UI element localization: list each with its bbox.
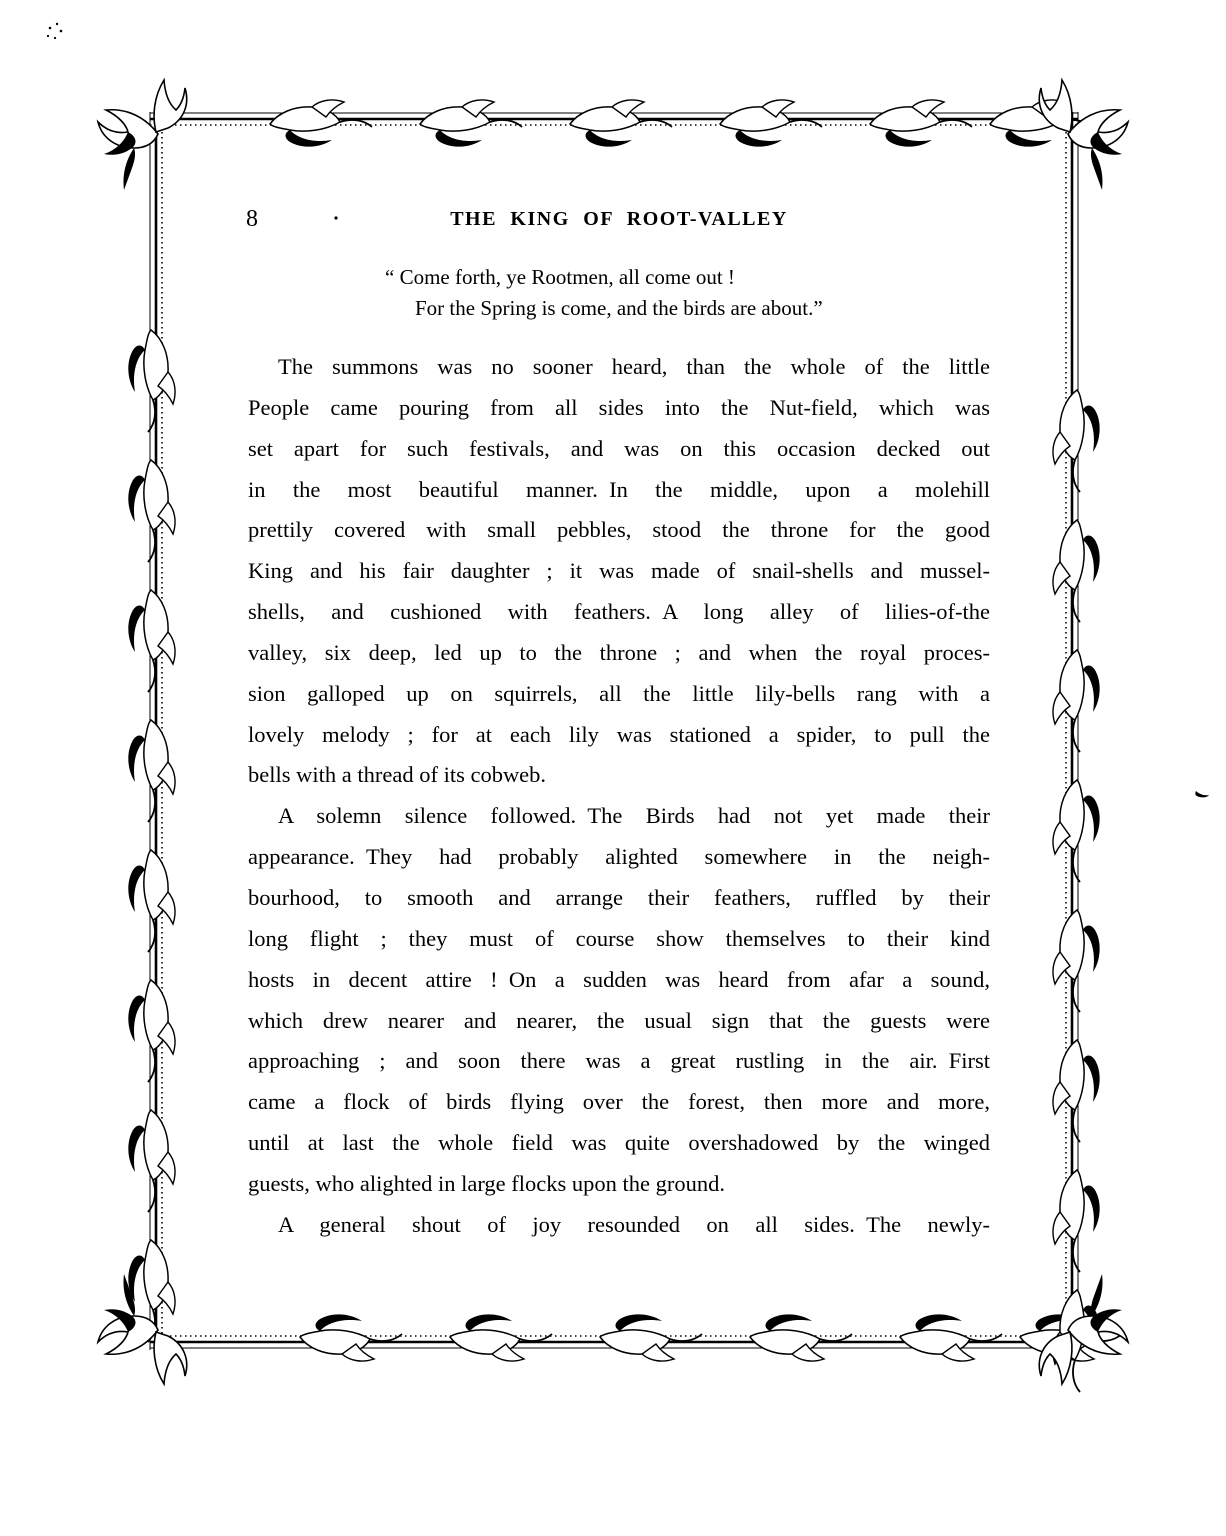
text-line: valley, six deep, led up to the throne ;… bbox=[248, 633, 990, 674]
text-line: guests, who alighted in large flocks upo… bbox=[248, 1164, 990, 1205]
verse-line: “ Come forth, ye Rootmen, all come out ! bbox=[385, 262, 823, 293]
text-line: prettily covered with small pebbles, sto… bbox=[248, 510, 990, 551]
text-line: in the most beautiful manner. In the mid… bbox=[248, 470, 990, 511]
text-line: A general shout of joy resounded on all … bbox=[248, 1205, 990, 1246]
text-line: bourhood, to smooth and arrange their fe… bbox=[248, 878, 990, 919]
text-line: bells with a thread of its cobweb. bbox=[248, 755, 990, 796]
text-line: The summons was no sooner heard, than th… bbox=[248, 347, 990, 388]
text-line: which drew nearer and nearer, the usual … bbox=[248, 1001, 990, 1042]
text-line: People came pouring from all sides into … bbox=[248, 388, 990, 429]
text-line: appearance. They had probably alighted s… bbox=[248, 837, 990, 878]
text-line: hosts in decent attire ! On a sudden was… bbox=[248, 960, 990, 1001]
text-line: long flight ; they must of course show t… bbox=[248, 919, 990, 960]
text-line: King and his fair daughter ; it was made… bbox=[248, 551, 990, 592]
text-line: A solemn silence followed. The Birds had… bbox=[248, 796, 990, 837]
text-line: sion galloped up on squirrels, all the l… bbox=[248, 674, 990, 715]
text-line: shells, and cushioned with feathers. A l… bbox=[248, 592, 990, 633]
text-line: set apart for such festivals, and was on… bbox=[248, 429, 990, 470]
page-header: 8 THE KING OF ROOT-VALLEY bbox=[248, 204, 990, 236]
verse-quote: “ Come forth, ye Rootmen, all come out !… bbox=[385, 262, 823, 324]
text-line: came a flock of birds flying over the fo… bbox=[248, 1082, 990, 1123]
running-title: THE KING OF ROOT-VALLEY bbox=[248, 204, 990, 231]
text-line: approaching ; and soon there was a great… bbox=[248, 1041, 990, 1082]
text-line: lovely melody ; for at each lily was sta… bbox=[248, 715, 990, 756]
book-page: 8 THE KING OF ROOT-VALLEY “ Come forth, … bbox=[0, 0, 1226, 1536]
body-text: The summons was no sooner heard, than th… bbox=[248, 347, 990, 1246]
text-line: until at last the whole field was quite … bbox=[248, 1123, 990, 1164]
page-number: 8 bbox=[246, 206, 259, 233]
verse-line: For the Spring is come, and the birds ar… bbox=[415, 293, 823, 324]
